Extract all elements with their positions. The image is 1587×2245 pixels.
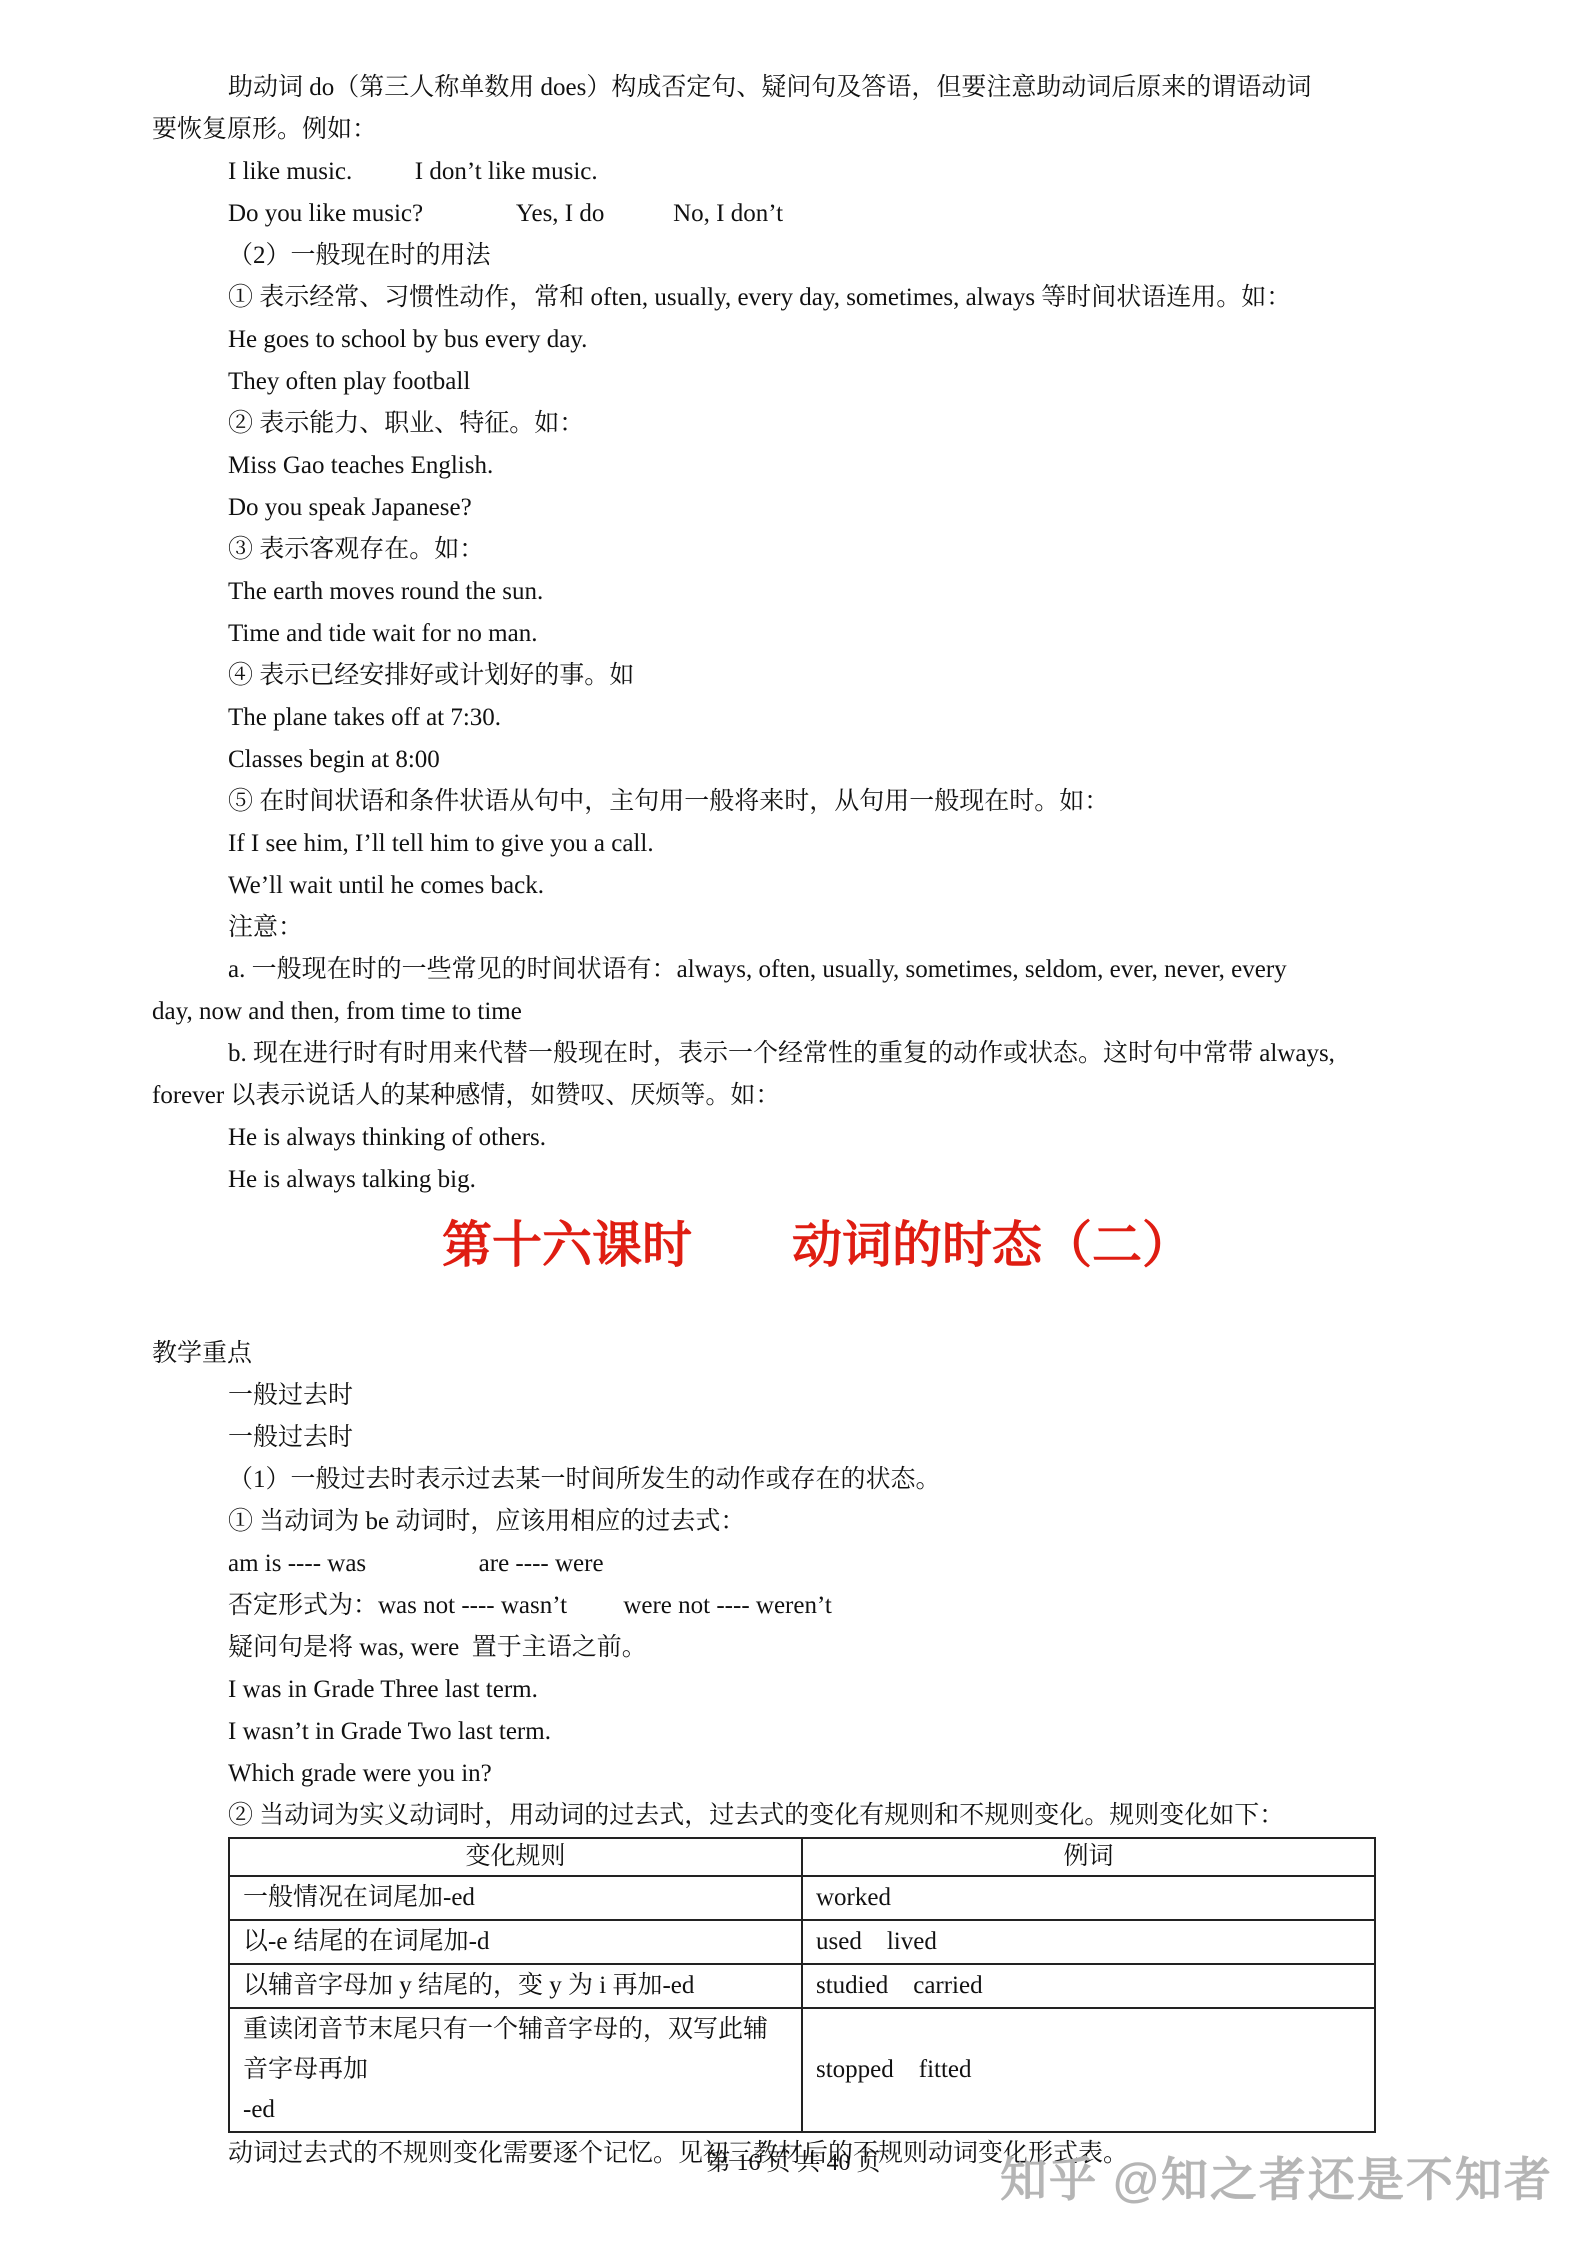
text-line: ② 当动词为实义动词时，用动词的过去式，过去式的变化有规则和不规则变化。规则变化…	[152, 1795, 1482, 1837]
text-line: ② 表示能力、职业、特征。如：	[152, 403, 1482, 445]
table-row: 一般情况在词尾加-edworked	[229, 1876, 1375, 1920]
text-line: 疑问句是将 was, were 置于主语之前。	[152, 1627, 1482, 1669]
zhihu-watermark: 知乎 @知之者还是不知者	[1000, 2154, 1553, 2206]
rule-cell: 重读闭音节末尾只有一个辅音字母的，双写此辅音字母再加 -ed	[229, 2008, 802, 2132]
text-line: Which grade were you in?	[152, 1753, 1482, 1795]
text-line: If I see him, I’ll tell him to give you …	[152, 823, 1482, 865]
table-row: 以辅音字母加 y 结尾的，变 y 为 i 再加-edstudied carrie…	[229, 1964, 1375, 2008]
table-header-examples: 例词	[802, 1838, 1375, 1876]
text-line: They often play football	[152, 361, 1482, 403]
text-line: He is always talking big.	[152, 1159, 1482, 1201]
rule-cell: 以-e 结尾的在词尾加-d	[229, 1920, 802, 1964]
text-line: a. 一般现在时的一些常见的时间状语有：always, often, usual…	[152, 949, 1482, 991]
text-line: 要恢复原形。例如：	[152, 109, 1482, 151]
text-line: Do you speak Japanese?	[152, 487, 1482, 529]
text-line: 教学重点	[152, 1333, 1482, 1375]
text-line: forever 以表示说话人的某种感情，如赞叹、厌烦等。如：	[152, 1075, 1482, 1117]
text-line: The earth moves round the sun.	[152, 571, 1482, 613]
text-line: ④ 表示已经安排好或计划好的事。如	[152, 655, 1482, 697]
text-line: ⑤ 在时间状语和条件状语从句中，主句用一般将来时，从句用一般现在时。如：	[152, 781, 1482, 823]
text-line: Do you like music? Yes, I do No, I don’t	[152, 193, 1482, 235]
table-header-rule: 变化规则	[229, 1838, 802, 1876]
blank-line	[152, 1289, 1482, 1333]
text-line: I was in Grade Three last term.	[152, 1669, 1482, 1711]
text-line: We’ll wait until he comes back.	[152, 865, 1482, 907]
text-line: ① 表示经常、习惯性动作，常和 often, usually, every da…	[152, 277, 1482, 319]
example-cell: stopped fitted	[802, 2008, 1375, 2132]
section-past-tense: 教学重点一般过去时一般过去时（1）一般过去时表示过去某一时间所发生的动作或存在的…	[152, 1333, 1482, 1837]
text-line: 否定形式为：was not ---- wasn’t were not ---- …	[152, 1585, 1482, 1627]
text-line: （1）一般过去时表示过去某一时间所发生的动作或存在的状态。	[152, 1459, 1482, 1501]
table-row: 以-e 结尾的在词尾加-dused lived	[229, 1920, 1375, 1964]
text-line: 一般过去时	[152, 1417, 1482, 1459]
document-page: 助动词 do（第三人称单数用 does）构成否定句、疑问句及答语，但要注意助动词…	[0, 0, 1587, 2245]
example-cell: studied carried	[802, 1964, 1375, 2008]
text-line: Miss Gao teaches English.	[152, 445, 1482, 487]
lesson-title: 第十六课时 动词的时态（二）	[152, 1201, 1482, 1289]
text-line: I wasn’t in Grade Two last term.	[152, 1711, 1482, 1753]
text-line: day, now and then, from time to time	[152, 991, 1482, 1033]
rule-cell: 以辅音字母加 y 结尾的，变 y 为 i 再加-ed	[229, 1964, 802, 2008]
table-row: 重读闭音节末尾只有一个辅音字母的，双写此辅音字母再加 -edstopped fi…	[229, 2008, 1375, 2132]
table-header-row: 变化规则 例词	[229, 1838, 1375, 1876]
document-content: 助动词 do（第三人称单数用 does）构成否定句、疑问句及答语，但要注意助动词…	[152, 67, 1482, 2175]
past-tense-rule-table: 变化规则 例词 一般情况在词尾加-edworked以-e 结尾的在词尾加-dus…	[228, 1837, 1376, 2133]
text-line: ① 当动词为 be 动词时，应该用相应的过去式：	[152, 1501, 1482, 1543]
text-line: ③ 表示客观存在。如：	[152, 529, 1482, 571]
text-line: He is always thinking of others.	[152, 1117, 1482, 1159]
rule-cell: 一般情况在词尾加-ed	[229, 1876, 802, 1920]
text-line: 注意：	[152, 907, 1482, 949]
section-present-tense: 助动词 do（第三人称单数用 does）构成否定句、疑问句及答语，但要注意助动词…	[152, 67, 1482, 1201]
example-cell: worked	[802, 1876, 1375, 1920]
example-cell: used lived	[802, 1920, 1375, 1964]
text-line: am is ---- was are ---- were	[152, 1543, 1482, 1585]
text-line: The plane takes off at 7:30.	[152, 697, 1482, 739]
text-line: Time and tide wait for no man.	[152, 613, 1482, 655]
text-line: He goes to school by bus every day.	[152, 319, 1482, 361]
text-line: （2）一般现在时的用法	[152, 235, 1482, 277]
text-line: Classes begin at 8:00	[152, 739, 1482, 781]
text-line: I like music. I don’t like music.	[152, 151, 1482, 193]
text-line: 助动词 do（第三人称单数用 does）构成否定句、疑问句及答语，但要注意助动词…	[152, 67, 1482, 109]
text-line: 一般过去时	[152, 1375, 1482, 1417]
text-line: b. 现在进行时有时用来代替一般现在时，表示一个经常性的重复的动作或状态。这时句…	[152, 1033, 1482, 1075]
